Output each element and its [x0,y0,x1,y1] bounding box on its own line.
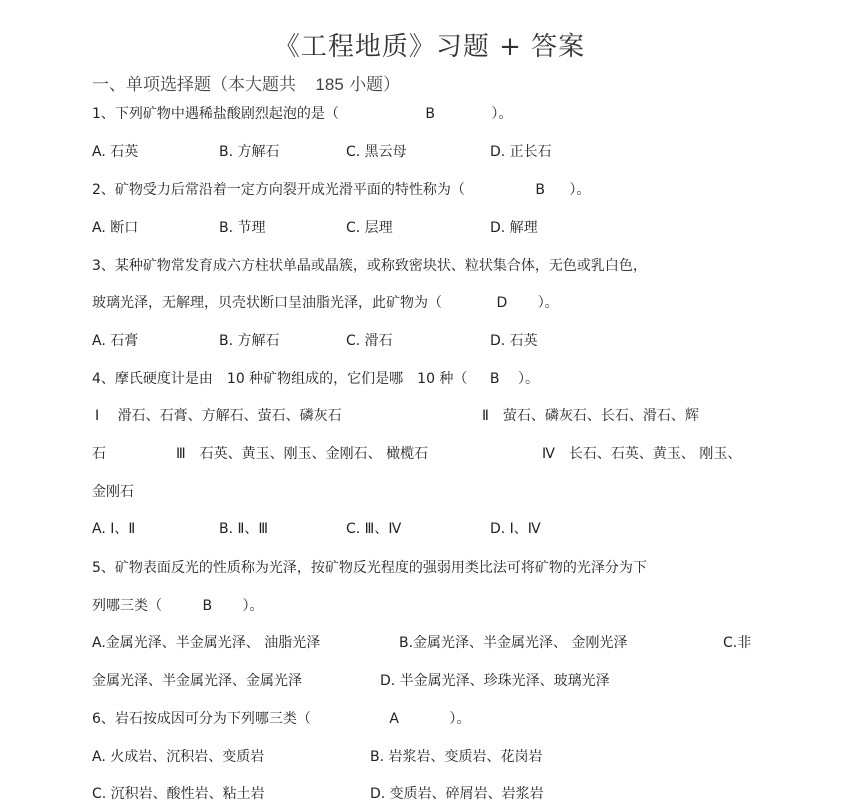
question-1-stem: 1、下列矿物中遇稀盐酸剧烈起泡的是（ B ）。 [92,103,512,123]
option-a: A. 石膏 [92,330,138,350]
document-page: 《工程地质》习题 + 答案 一、单项选择题（本大题共 185 小题） 1、下列矿… [0,0,859,805]
stem-close: ）。 [243,598,264,614]
option-d: D. 半金属光泽、珍珠光泽、玻璃光泽 [380,670,610,690]
group-3: Ⅲ 石英、黄玉、刚玉、金刚石、 橄榄石 [176,443,428,463]
stem-close: ）。 [569,182,590,198]
option-c: C. 层理 [346,217,393,237]
option-b: B. 节理 [219,217,266,237]
option-d: D. 正长石 [490,141,552,161]
group-1: Ⅰ 滑石、石膏、方解石、萤石、磷灰石 [95,405,342,425]
option-b: B. Ⅱ、Ⅲ [219,518,268,538]
stem-close: ）。 [518,371,539,387]
answer: A [389,711,399,727]
answer: B [490,371,500,387]
question-count: 185 [315,75,343,94]
option-c: C. Ⅲ、Ⅳ [346,518,401,538]
option-d: D. Ⅰ、Ⅳ [490,518,541,538]
question-6-stem: 6、岩石按成因可分为下列哪三类（ A ）。 [92,708,470,728]
option-a: A. 石英 [92,141,138,161]
group-4: Ⅳ 长石、石英、黄玉、 刚玉、 [542,443,741,463]
group-2: Ⅱ 萤石、磷灰石、长石、滑石、辉 [482,405,699,425]
option-b: B. 方解石 [219,141,280,161]
question-3-stem-line1: 3、某种矿物常发育成六方柱状单晶或晶簇，或称致密块状、粒状集合体，无色或乳白色， [92,255,647,275]
option-b: B.金属光泽、半金属光泽、 金刚光泽 [399,632,628,652]
stem-text: 列哪三类（ [92,598,162,614]
option-d: D. 变质岩、碎屑岩、岩浆岩 [370,783,544,803]
option-a: A. 火成岩、沉积岩、变质岩 [92,746,264,766]
question-5-stem-line1: 5、矿物表面反光的性质称为光泽，按矿物反光程度的强弱用类比法可将矿物的光泽分为下 [92,557,647,577]
option-c: C. 滑石 [346,330,393,350]
stem-text: 1、下列矿物中遇稀盐酸剧烈起泡的是（ [92,106,339,122]
section-suffix: 小题） [349,75,400,95]
section-label: 一、单项选择题（本大题共 [92,75,296,95]
answer: B [425,106,435,122]
option-b: B. 岩浆岩、变质岩、花岗岩 [370,746,543,766]
answer: D [496,295,507,311]
answer: B [202,598,212,614]
option-c-continued: 金属光泽、半金属光泽、金属光泽 [92,670,302,690]
option-c: C. 黑云母 [346,141,407,161]
option-d: D. 解理 [490,217,538,237]
option-d: D. 石英 [490,330,538,350]
group-4-continued: 金刚石 [92,481,134,501]
option-a: A. Ⅰ、Ⅱ [92,518,135,538]
answer: B [535,182,545,198]
stem-text: 6、岩石按成因可分为下列哪三类（ [92,711,311,727]
stem-close: ）。 [491,106,512,122]
stem-text: 4、摩氏硬度计是由 10 种矿物组成的，它们是哪 10 种（ [92,371,467,387]
option-c: C. 沉积岩、酸性岩、粘土岩 [92,783,265,803]
question-2-stem: 2、矿物受力后常沿着一定方向裂开成光滑平面的特性称为（ B ）。 [92,179,590,199]
stem-close: ）。 [538,295,559,311]
question-4-stem: 4、摩氏硬度计是由 10 种矿物组成的，它们是哪 10 种（ B ）。 [92,368,539,388]
question-5-stem: 列哪三类（ B ）。 [92,595,264,615]
stem-close: ）。 [449,711,470,727]
stem-text: 2、矿物受力后常沿着一定方向裂开成光滑平面的特性称为（ [92,182,465,198]
option-b: B. 方解石 [219,330,280,350]
option-a: A.金属光泽、半金属光泽、 油脂光泽 [92,632,320,652]
document-title: 《工程地质》习题 + 答案 [0,26,859,63]
section-heading: 一、单项选择题（本大题共 185 小题） [92,70,400,95]
group-2-continued: 石 [92,443,106,463]
stem-text: 玻璃光泽，无解理，贝壳状断口呈油脂光泽，此矿物为（ [92,295,442,311]
option-a: A. 断口 [92,217,138,237]
option-c: C.非 [723,632,751,652]
question-3-stem: 玻璃光泽，无解理，贝壳状断口呈油脂光泽，此矿物为（ D ）。 [92,292,559,312]
